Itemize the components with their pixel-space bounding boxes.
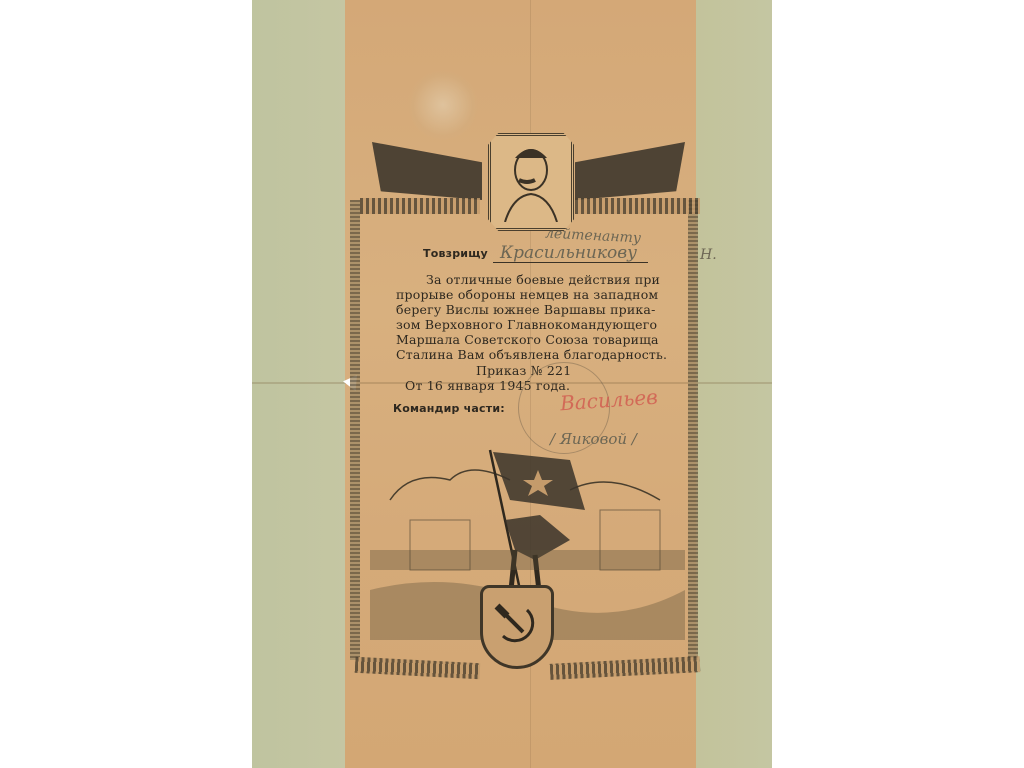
body-line: берегу Вислы южнее Варшавы прика- (396, 302, 656, 317)
hammer-sickle-emblem (480, 585, 554, 669)
ribbon-left (360, 198, 480, 214)
body-line: Сталина Вам объявлена благодарность. (396, 347, 667, 362)
portrait-icon (491, 136, 565, 222)
handwritten-suffix: Н. (700, 247, 717, 263)
body-line: прорыве обороны немцев на западном (396, 287, 658, 302)
left-fold-panel (252, 0, 346, 768)
commander-label: Командир части: (393, 402, 505, 415)
handwritten-name: Красильникову (500, 243, 637, 263)
ribbon-right (575, 198, 700, 214)
hammer-sickle-icon (483, 588, 545, 660)
portrait-image (488, 133, 574, 231)
body-line: За отличные боевые действия при (426, 272, 660, 287)
right-fold-panel (696, 0, 772, 768)
salutation-label: Товзрищу (423, 247, 488, 260)
body-line: Маршала Советского Союза товарища (396, 332, 659, 347)
water-stain (408, 70, 478, 140)
frame-right-border (688, 200, 698, 660)
frame-left-border (350, 200, 360, 660)
body-line: зом Верховного Главнокомандующего (396, 317, 657, 332)
